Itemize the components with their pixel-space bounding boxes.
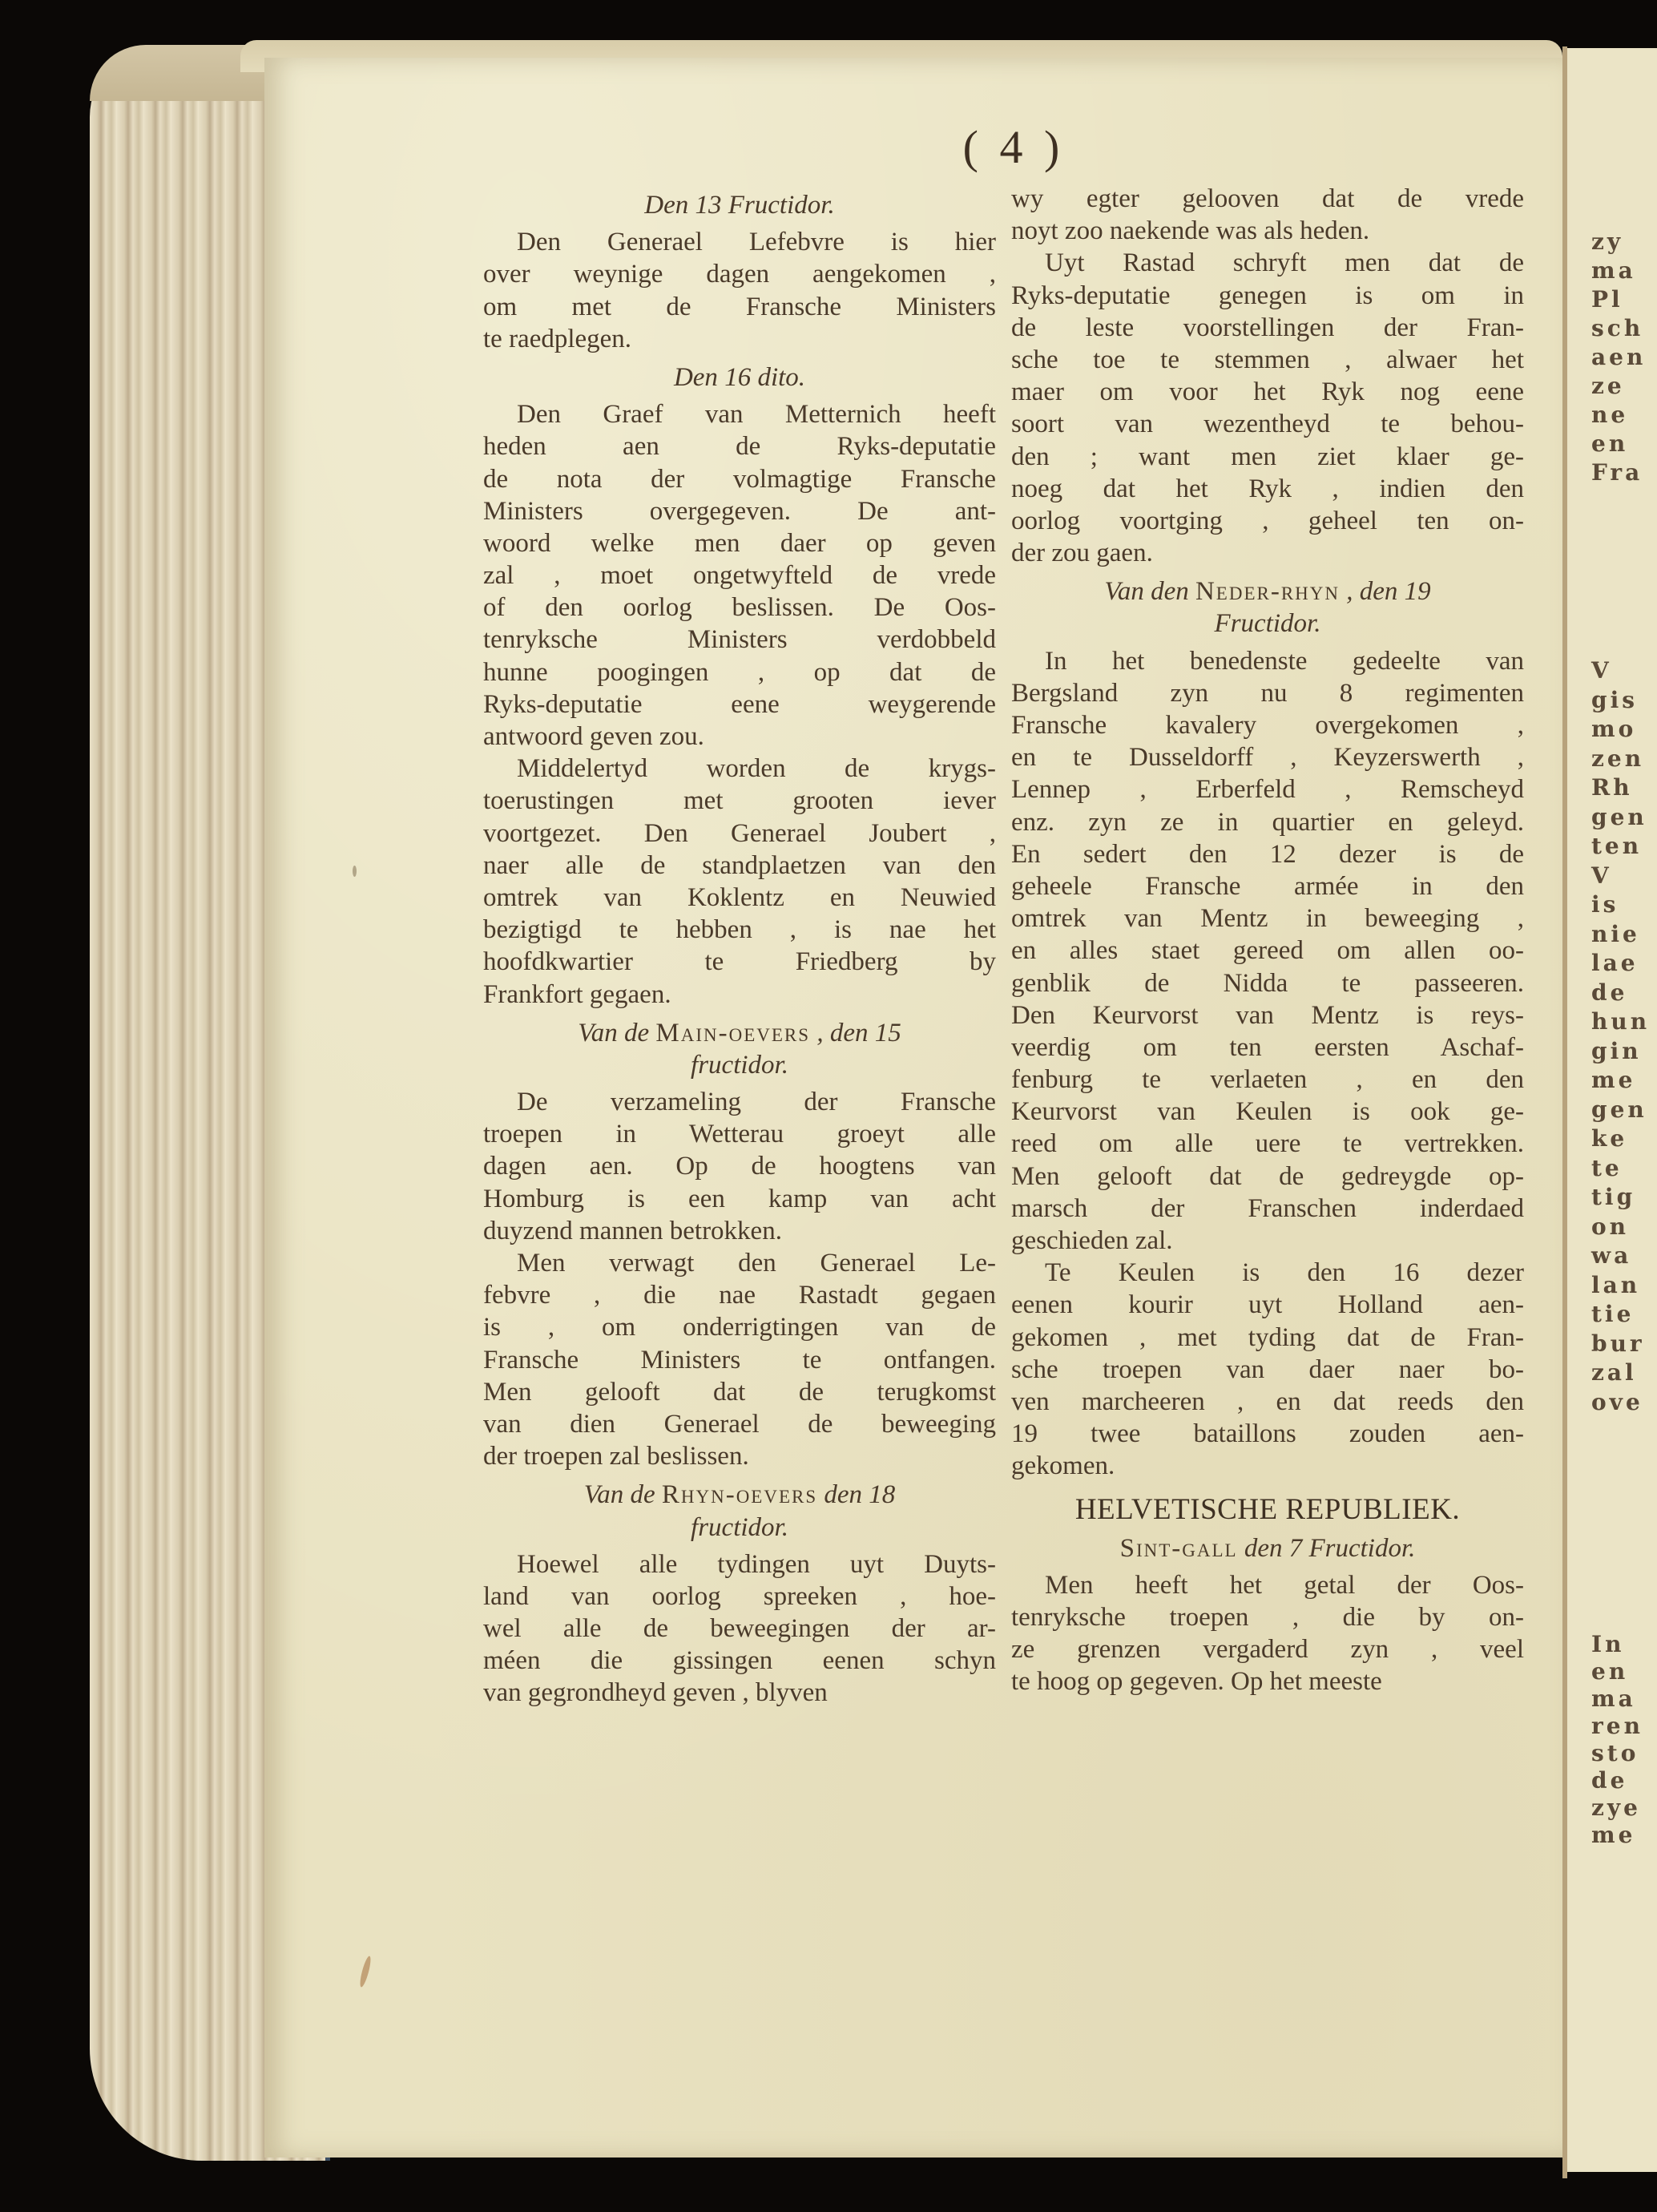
next-page-text-fragment: me	[1591, 1822, 1635, 1848]
text-line: zal , moet ongetwyfteld de vrede	[483, 559, 996, 591]
text-line: Te Keulen is den 16 dezer	[1011, 1257, 1524, 1289]
next-page-text-fragment: zen	[1591, 745, 1644, 772]
next-page-text-fragment: en	[1591, 1658, 1628, 1685]
text-line: 19 twee bataillons zouden aen-	[1011, 1418, 1524, 1450]
text-line: febvre , die nae Rastadt gegaen	[483, 1279, 996, 1311]
text-line: voortgezet. Den Generael Joubert ,	[483, 817, 996, 850]
next-page-text-fragment: de	[1591, 979, 1627, 1006]
next-page-text-fragment: Pl	[1591, 286, 1623, 313]
article-paragraph: De verzameling der Franschetroepen in We…	[483, 1086, 996, 1247]
text-line: dagen aen. Op de hoogtens van	[483, 1150, 996, 1182]
text-line: wy egter gelooven dat de vrede	[1011, 183, 1524, 215]
next-page-text-fragment: lan	[1591, 1272, 1640, 1298]
text-line: fenburg te verlaeten , en den	[1011, 1064, 1524, 1096]
next-page-text-fragment: V	[1591, 657, 1612, 684]
text-line: marsch der Franschen inderdaed	[1011, 1193, 1524, 1225]
text-line: troepen in Wetterau groeyt alle	[483, 1118, 996, 1150]
heading-line: Sint-gall den 7 Fructidor.	[1011, 1532, 1524, 1564]
dateline-heading: Den 16 dito.	[483, 361, 996, 394]
text-line: van gegrondheyd geven , blyven	[483, 1677, 996, 1709]
text-line: der zou gaen.	[1011, 537, 1524, 569]
text-line: reed om alle uere te vertrekken.	[1011, 1128, 1524, 1160]
text-line: hunne poogingen , op dat de	[483, 656, 996, 688]
text-line: Men gelooft dat de gedreygde op-	[1011, 1160, 1524, 1193]
paper-stain	[353, 866, 357, 877]
next-page-text-fragment: en	[1591, 430, 1628, 457]
next-page-text-fragment: gis	[1591, 687, 1638, 713]
dateline-heading: Sint-gall den 7 Fructidor.	[1011, 1532, 1524, 1564]
text-line: duyzend mannen betrokken.	[483, 1215, 996, 1247]
text-line: Den Graef van Metternich heeft	[483, 398, 996, 430]
text-line: Middelertyd worden de krygs-	[483, 753, 996, 785]
next-page-text-fragment: Fra	[1591, 459, 1643, 486]
text-line: Fransche Ministers te ontfangen.	[483, 1344, 996, 1376]
article-paragraph: Te Keulen is den 16 dezereenen kourir uy…	[1011, 1257, 1524, 1482]
next-page-text-fragment: zal	[1591, 1359, 1637, 1386]
text-line: heden aen de Ryks-deputatie	[483, 430, 996, 462]
heading-line: Fructidor.	[1011, 607, 1524, 640]
text-line: noyt zoo naekende was als heden.	[1011, 215, 1524, 247]
next-page-text-fragment: me	[1591, 1067, 1635, 1093]
article-paragraph: Den Graef van Metternich heeftheden aen …	[483, 398, 996, 753]
text-line: over weynige dagen aengekomen ,	[483, 258, 996, 290]
text-line: Bergsland zyn nu 8 regimenten	[1011, 677, 1524, 709]
text-line: bezigtigd te hebben , is nae het	[483, 914, 996, 946]
next-page-text-fragment: ren	[1591, 1713, 1643, 1739]
text-line: de nota der volmagtige Fransche	[483, 463, 996, 495]
next-page-text-fragment: nie	[1591, 921, 1640, 947]
article-paragraph: Middelertyd worden de krygs-toerustingen…	[483, 753, 996, 1011]
text-line: méen die gissingen eenen schyn	[483, 1645, 996, 1677]
next-page-text-fragment: de	[1591, 1767, 1627, 1794]
text-line: of den oorlog beslissen. De Oos-	[483, 591, 996, 624]
text-line: om met de Fransche Ministers	[483, 291, 996, 323]
dateline-heading: Van de Rhyn-oevers den 18fructidor.	[483, 1479, 996, 1543]
text-line: Den Generael Lefebvre is hier	[483, 226, 996, 258]
text-line: soort van wezentheyd te behou-	[1011, 408, 1524, 440]
heading-line: Den 16 dito.	[483, 361, 996, 394]
text-line: te hoog op gegeven. Op het meeste	[1011, 1665, 1524, 1697]
text-line: Den Keurvorst van Mentz is reys-	[1011, 999, 1524, 1031]
text-line: De verzameling der Fransche	[483, 1086, 996, 1118]
text-line: eenen kourir uyt Holland aen-	[1011, 1289, 1524, 1321]
text-line: ze grenzen vergaderd zyn , veel	[1011, 1633, 1524, 1665]
text-line: sche toe te stemmen , alwaer het	[1011, 344, 1524, 376]
text-line: genblik de Nidda te passeeren.	[1011, 967, 1524, 999]
left-column: Den 13 Fructidor.Den Generael Lefebvre i…	[483, 183, 996, 1709]
text-line: Men heeft het getal der Oos-	[1011, 1569, 1524, 1601]
text-line: Frankfort gegaen.	[483, 979, 996, 1011]
text-line: omtrek van Koklentz en Neuwied	[483, 882, 996, 914]
text-line: veerdig om ten eersten Aschaf-	[1011, 1031, 1524, 1064]
text-line: geheele Fransche armée in den	[1011, 870, 1524, 902]
text-line: gekomen , met tyding dat de Fran-	[1011, 1322, 1524, 1354]
text-line: Men gelooft dat de terugkomst	[483, 1376, 996, 1408]
next-page-text-fragment: zy	[1591, 228, 1623, 255]
article-paragraph: Men heeft het getal der Oos-tenryksche t…	[1011, 1569, 1524, 1698]
text-line: Ministers overgegeven. De ant-	[483, 495, 996, 527]
dateline-heading: Van de Main-oevers , den 15fructidor.	[483, 1017, 996, 1081]
next-page-text-fragment: aen	[1591, 344, 1646, 370]
text-line: hoofdkwartier te Friedberg by	[483, 946, 996, 978]
next-page-text-fragment: tie	[1591, 1301, 1634, 1327]
article-paragraph: Men verwagt den Generael Le-febvre , die…	[483, 1247, 996, 1472]
article-paragraph: Hoewel alle tydingen uyt Duyts-land van …	[483, 1548, 996, 1709]
next-page-text-fragment: ove	[1591, 1389, 1643, 1415]
text-line: omtrek van Mentz in beweeging ,	[1011, 902, 1524, 934]
place-name: Sint-gall	[1120, 1534, 1238, 1563]
text-line: antwoord geven zou.	[483, 721, 996, 753]
heading-line: fructidor.	[483, 1049, 996, 1081]
next-page-text-fragment: hun	[1591, 1008, 1650, 1035]
next-page-text-fragment: tig	[1591, 1184, 1635, 1210]
text-line: Fransche kavalery overgekomen ,	[1011, 709, 1524, 741]
place-name: Main-oevers	[655, 1019, 810, 1047]
text-line: te raedplegen.	[483, 323, 996, 355]
text-line: toerustingen met grooten iever	[483, 785, 996, 817]
right-column: wy egter gelooven dat de vredenoyt zoo n…	[1011, 183, 1524, 1698]
text-line: Ryks-deputatie genegen is om in	[1011, 280, 1524, 312]
next-page-text-fragment: ze	[1591, 373, 1625, 399]
text-line: den ; want men ziet klaer ge-	[1011, 441, 1524, 473]
place-name: Rhyn-oevers	[662, 1480, 817, 1509]
text-line: van dien Generael de beweeging	[483, 1408, 996, 1440]
text-line: tenryksche troepen , die by on-	[1011, 1601, 1524, 1633]
heading-line: fructidor.	[483, 1512, 996, 1544]
next-page-text-fragment: mo	[1591, 716, 1636, 742]
next-page-text-fragment: ma	[1591, 1685, 1636, 1712]
text-line: tenryksche Ministers verdobbeld	[483, 624, 996, 656]
text-line: oorlog voortging , geheel ten on-	[1011, 505, 1524, 537]
section-title: HELVETISCHE REPUBLIEK.	[1011, 1494, 1524, 1526]
text-line: Keurvorst van Keulen is ook ge-	[1011, 1096, 1524, 1128]
dateline-heading: Den 13 Fructidor.	[483, 189, 996, 221]
heading-line: Van de Rhyn-oevers den 18	[483, 1479, 996, 1511]
text-line: Uyt Rastad schryft men dat de	[1011, 247, 1524, 279]
next-page-text-fragment: In	[1591, 1631, 1624, 1657]
dateline-heading: Van den Neder-rhyn , den 19Fructidor.	[1011, 575, 1524, 640]
text-line: sche troepen van daer naer bo-	[1011, 1354, 1524, 1386]
next-page-text-fragment: te	[1591, 1155, 1623, 1181]
text-line: wel alle de beweegingen der ar-	[483, 1613, 996, 1645]
text-line: naer alle de standplaetzen van den	[483, 850, 996, 882]
next-page-text-fragment: gin	[1591, 1038, 1642, 1064]
next-page-text-fragment: sto	[1591, 1740, 1639, 1766]
next-page-text-fragment: ke	[1591, 1125, 1627, 1152]
text-line: Lennep , Erberfeld , Remscheyd	[1011, 773, 1524, 805]
next-page-text-fragment: ma	[1591, 257, 1636, 284]
text-line: is , om onderrigtingen van de	[483, 1311, 996, 1343]
text-line: woord welke men daer op geven	[483, 527, 996, 559]
heading-line: Van den Neder-rhyn , den 19	[1011, 575, 1524, 607]
text-line: In het benedenste gedeelte van	[1011, 645, 1524, 677]
text-line: enz. zyn ze in quartier en geleyd.	[1011, 806, 1524, 838]
text-line: noeg dat het Ryk , indien den	[1011, 473, 1524, 505]
text-line: der troepen zal beslissen.	[483, 1440, 996, 1472]
next-page-text-fragment: on	[1591, 1213, 1629, 1240]
next-page-text-fragment: gen	[1591, 1096, 1647, 1123]
article-paragraph: In het benedenste gedeelte vanBergsland …	[1011, 645, 1524, 1257]
heading-line: Van de Main-oevers , den 15	[483, 1017, 996, 1049]
text-line: Men verwagt den Generael Le-	[483, 1247, 996, 1279]
text-line: en te Dusseldorff , Keyzerswerth ,	[1011, 741, 1524, 773]
next-page-text-fragment: Rh	[1591, 774, 1633, 801]
text-line: land van oorlog spreeken , hoe-	[483, 1580, 996, 1613]
next-page-text-fragment: V	[1591, 862, 1612, 889]
text-line: ven marcheeren , en dat reeds den	[1011, 1386, 1524, 1418]
text-line: en alles staet gereed om allen oo-	[1011, 934, 1524, 967]
next-page-text-fragment: sch	[1591, 315, 1643, 341]
text-line: geschieden zal.	[1011, 1225, 1524, 1257]
next-page-text-fragment: zye	[1591, 1794, 1641, 1821]
text-line: Ryks-deputatie eene weygerende	[483, 688, 996, 721]
page-number: ( 4 )	[945, 120, 1082, 174]
text-line: de leste voorstellingen der Fran-	[1011, 312, 1524, 344]
text-line: Hoewel alle tydingen uyt Duyts-	[483, 1548, 996, 1580]
text-line: gekomen.	[1011, 1450, 1524, 1482]
next-page-edge: zymaPlschaenzeneenFraVgismozenRhgentenVi…	[1567, 48, 1657, 2172]
next-page-text-fragment: wa	[1591, 1242, 1631, 1269]
next-page-text-fragment: ne	[1591, 402, 1628, 428]
next-page-text-fragment: bur	[1591, 1330, 1645, 1357]
heading-line: Den 13 Fructidor.	[483, 189, 996, 221]
text-line: Homburg is een kamp van acht	[483, 1183, 996, 1215]
article-paragraph: Den Generael Lefebvre is hierover weynig…	[483, 226, 996, 355]
place-name: Neder-rhyn	[1195, 577, 1340, 606]
next-page-text-fragment: is	[1591, 891, 1619, 918]
article-paragraph: wy egter gelooven dat de vredenoyt zoo n…	[1011, 183, 1524, 247]
next-page-text-fragment: lae	[1591, 950, 1639, 976]
next-page-text-fragment: gen	[1591, 804, 1647, 830]
text-line: En sedert den 12 dezer is de	[1011, 838, 1524, 870]
article-paragraph: Uyt Rastad schryft men dat deRyks-deputa…	[1011, 247, 1524, 569]
text-line: maer om voor het Ryk nog eene	[1011, 376, 1524, 408]
next-page-text-fragment: ten	[1591, 833, 1642, 859]
